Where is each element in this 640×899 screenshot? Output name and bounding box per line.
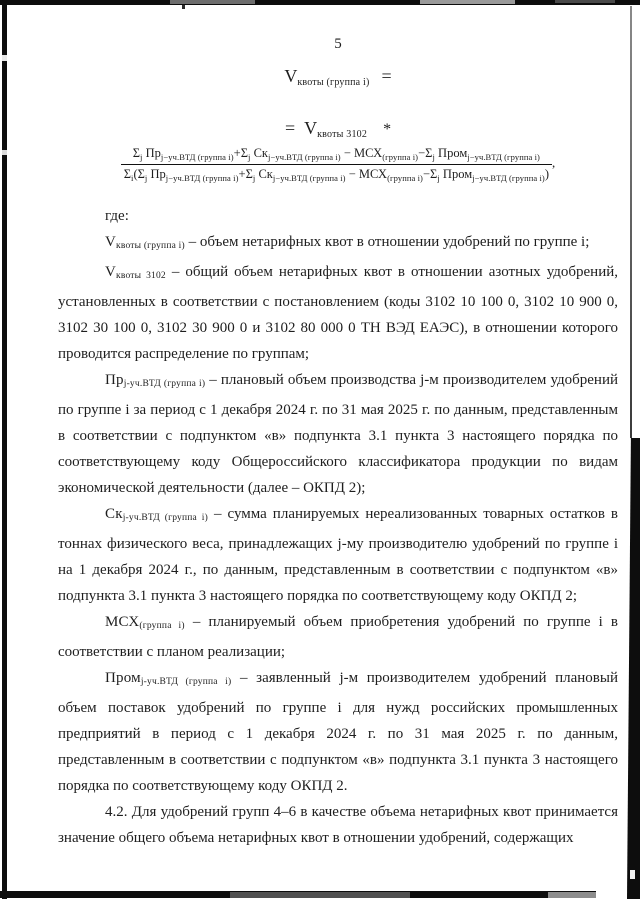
definition-pr: Прj-уч.ВТД (группа i) – плановый объем п… [58, 367, 618, 501]
scan-edge-top-gray-segment [170, 0, 255, 4]
scan-edge-right-line [630, 6, 632, 438]
fraction-numerator: Σj Прj−уч.ВТД (группа i)+Σj Скj−уч.ВТД (… [121, 145, 552, 165]
definition-v-quota-group: Vквоты (группа i) – объем нетарифных кво… [58, 229, 618, 259]
equals-sign: = [382, 66, 392, 86]
page-number: 5 [58, 36, 618, 53]
definition-prom: Промj-уч.ВТД (группа i) – заявленный j-м… [58, 665, 618, 799]
formula-term: Скj−уч.ВТД (группа i) [258, 167, 345, 181]
formula-term: +Σj [239, 167, 256, 181]
scan-edge-top [0, 0, 640, 5]
formula-rhs-prefix: =Vквоты 3102* [58, 118, 618, 140]
scan-edge-bottom-gray-segment [548, 892, 596, 898]
formula-variable-subscript: квоты (группа i) [297, 77, 369, 88]
scan-edge-right-bar [627, 438, 640, 899]
scan-edge-top-gray-segment [555, 0, 615, 3]
formula-term: Скj−уч.ВТД (группа i) [254, 146, 341, 160]
body-text: где: Vквоты (группа i) – объем нетарифны… [58, 203, 618, 851]
formula-term: Промj−уч.ВТД (группа i) [438, 146, 540, 160]
scan-edge-left-notch [2, 150, 7, 155]
formula-term: Σj [133, 146, 143, 160]
fraction: Σj Прj−уч.ВТД (группа i)+Σj Скj−уч.ВТД (… [121, 145, 552, 185]
fraction-denominator: Σi(Σj Прj−уч.ВТД (группа i)+Σj Скj−уч.ВТ… [121, 165, 552, 184]
formula-term: +Σj [234, 146, 251, 160]
equals-sign: = [285, 118, 295, 138]
formula-term: ) [545, 167, 549, 181]
formula-variable-subscript: квоты 3102 [317, 129, 367, 140]
scan-edge-left [2, 0, 7, 899]
definition-sk: Скj-уч.ВТД (группа i) – сумма планируемы… [58, 501, 618, 609]
scan-edge-bottom-gray-segment [230, 892, 410, 898]
scan-edge-right-notch [630, 870, 635, 879]
scan-edge-top-tick [182, 5, 185, 9]
formula-variable: V [284, 66, 297, 86]
where-label: где: [58, 203, 618, 229]
formula-term: Прj−уч.ВТД (группа i) [146, 146, 234, 160]
formula-term: Σi [124, 167, 134, 181]
scan-edge-left-notch [2, 55, 7, 61]
multiplication-asterisk: * [383, 121, 391, 138]
paragraph-4-2: 4.2. Для удобрений групп 4–6 в качестве … [58, 799, 618, 851]
formula-variable: V [304, 118, 317, 138]
formula-term: − МСХ(группа i) [344, 146, 418, 160]
scan-edge-top-gray-segment [420, 0, 515, 4]
definition-msh: МСХ(группа i) – планируемый объем приобр… [58, 609, 618, 665]
formula-term: (Σj [133, 167, 147, 181]
formula-term: Промj−уч.ВТД (группа i) [443, 167, 545, 181]
formula-term: −Σj [418, 146, 435, 160]
formula-fraction: Σj Прj−уч.ВТД (группа i)+Σj Скj−уч.ВТД (… [58, 145, 618, 185]
formula-lhs: Vквоты (группа i)= [58, 66, 618, 88]
formula-term: Прj−уч.ВТД (группа i) [151, 167, 239, 181]
scanned-document-page: 5 Vквоты (группа i)= =Vквоты 3102* Σj Пр… [0, 0, 640, 899]
formula-term: −Σj [423, 167, 440, 181]
formula-term: − МСХ(группа i) [349, 167, 423, 181]
formula-trailing-comma: , [552, 155, 555, 171]
definition-v-quota-3102: Vквоты 3102 – общий объем нетарифных кво… [58, 259, 618, 367]
